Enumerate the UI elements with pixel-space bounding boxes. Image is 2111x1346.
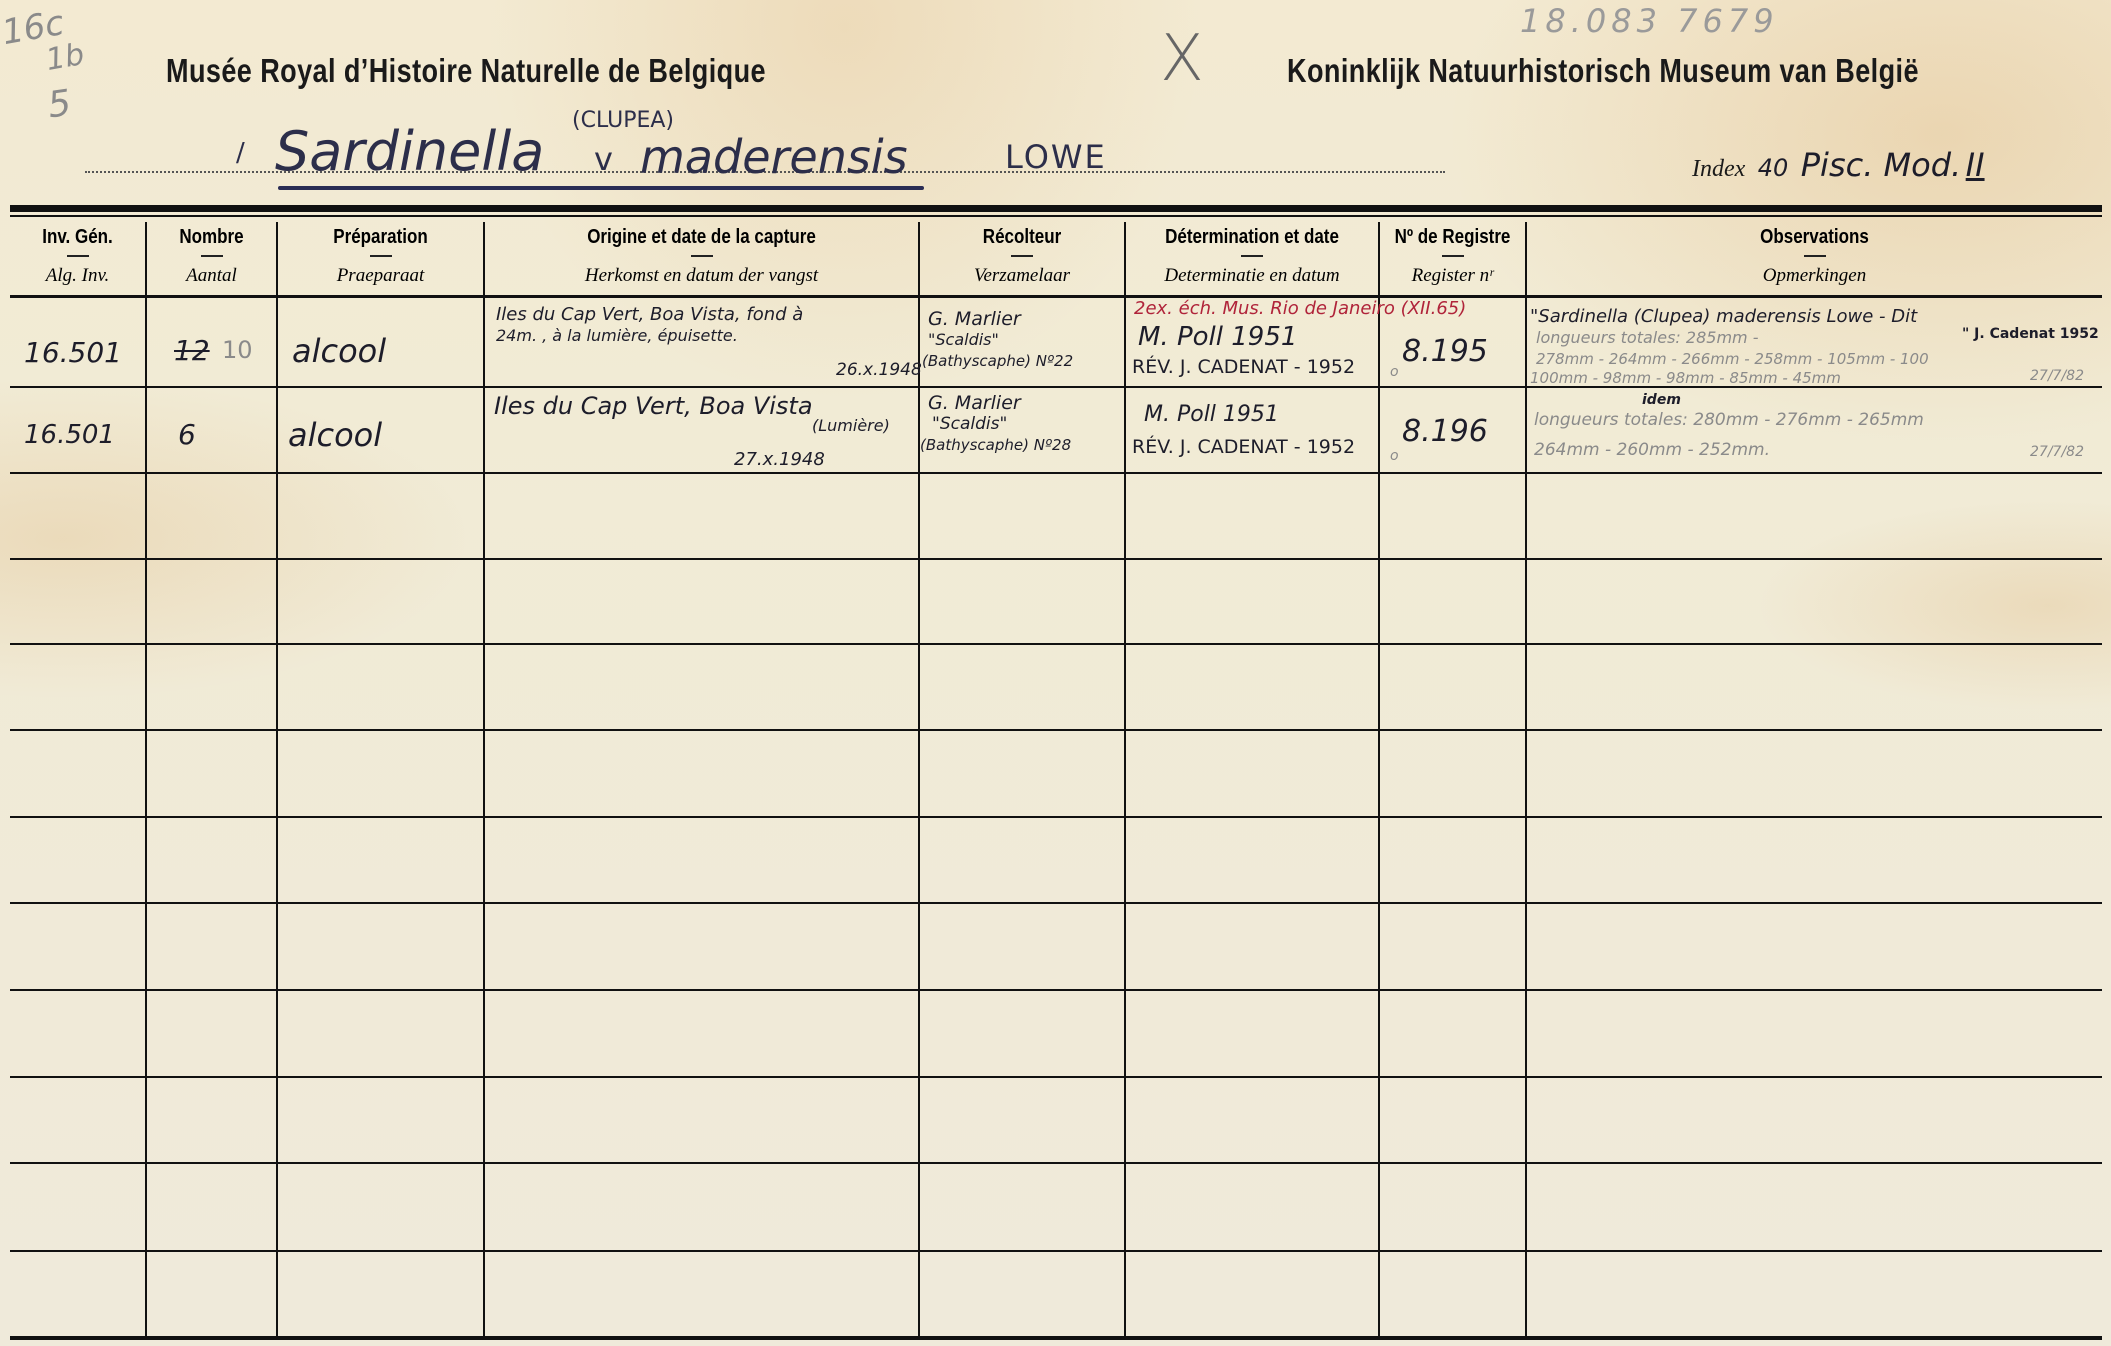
row2-origine-line2: (Lumière) — [812, 416, 890, 435]
species-author: LOWE — [1005, 138, 1107, 176]
row2-preparation: alcool — [288, 416, 382, 454]
row-rule — [10, 989, 2102, 991]
species-caret: v — [594, 140, 613, 178]
row1-observations-line2: longueurs totales: 285mm - — [1536, 328, 1758, 347]
index-value: Pisc. Mod. — [1801, 146, 1961, 184]
index-block: Index 40 Pisc. Mod. II — [1692, 146, 1985, 184]
row2-recolteur-line3: (Bathyscaphe) Nº28 — [920, 436, 1071, 454]
column-divider — [918, 222, 920, 1337]
cross-mark: X — [1160, 22, 1204, 96]
title-dutch: Koninklijk Natuurhistorisch Museum van B… — [1287, 52, 1919, 90]
row2-observations-idem: idem — [1642, 392, 1681, 408]
header-determination: Détermination et dateDeterminatie en dat… — [1126, 226, 1378, 287]
row1-recolteur-line1: G. Marlier — [928, 308, 1021, 330]
row1-recolteur-line3: (Bathyscaphe) Nº22 — [922, 352, 1073, 370]
row1-determination-line1: M. Poll 1951 — [1138, 322, 1297, 352]
header-origine: Origine et date de la captureHerkomst en… — [485, 226, 918, 287]
row1-determination-red-note: 2ex. éch. Mus. Rio de Janeiro (XII.65) — [1134, 298, 1466, 319]
title-french: Musée Royal d’Histoire Naturelle de Belg… — [166, 52, 766, 90]
margin-note-2: 1b — [43, 37, 87, 78]
row1-observations-line1: "Sardinella (Clupea) maderensis Lowe - D… — [1530, 306, 1917, 327]
row2-determination-line1: M. Poll 1951 — [1144, 402, 1279, 427]
row2-inv: 16.501 — [24, 420, 115, 450]
column-divider — [483, 222, 485, 1337]
stamp-number: 18.083 7679 — [1520, 2, 1779, 40]
row2-recolteur-line1: G. Marlier — [928, 392, 1021, 414]
index-number: 40 — [1758, 154, 1789, 182]
row2-determination-line2: RÉV. J. CADENAT - 1952 — [1132, 436, 1355, 458]
header-preparation: PréparationPraeparaat — [278, 226, 483, 287]
row1-registre: 8.195 — [1402, 334, 1488, 369]
table-top-thick-rule — [10, 205, 2102, 212]
row-rule — [10, 643, 2102, 645]
row-rule — [10, 1076, 2102, 1078]
header-bottom-rule — [10, 295, 2102, 298]
row2-observations-line1: longueurs totales: 280mm - 276mm - 265mm — [1534, 410, 1924, 430]
header-recolteur: RécolteurVerzamelaar — [920, 226, 1124, 287]
column-divider — [1525, 222, 1527, 1337]
species-underline — [278, 186, 924, 190]
table-top-thin-rule — [10, 215, 2102, 217]
row1-preparation: alcool — [292, 332, 386, 370]
row1-registre-mark: o — [1390, 364, 1399, 380]
row1-observations-line3: 278mm - 264mm - 266mm - 258mm - 105mm - … — [1536, 350, 1929, 368]
row2-registre: 8.196 — [1402, 414, 1488, 449]
row2-recolteur-line2: "Scaldis" — [932, 414, 1007, 434]
row2-date: 27.x.1948 — [734, 449, 825, 470]
row2-origine-line1: Iles du Cap Vert, Boa Vista — [494, 392, 813, 420]
index-label: Index — [1692, 156, 1745, 182]
column-divider — [145, 222, 147, 1337]
column-divider — [1124, 222, 1126, 1337]
row2-nombre: 6 — [178, 418, 196, 451]
index-roman: II — [1966, 146, 1985, 184]
header-inv: Inv. Gén.Alg. Inv. — [10, 226, 145, 287]
margin-note-3: 5 — [45, 83, 73, 127]
row1-date: 26.x.1948 — [836, 360, 922, 380]
header-nombre: NombreAantal — [147, 226, 276, 287]
row1-nombre-struck: 12 — [174, 334, 210, 367]
row1-observations-attribution: " J. Cadenat 1952 — [1962, 326, 2099, 342]
row-rule — [10, 902, 2102, 904]
row1-recolteur-line2: "Scaldis" — [928, 330, 999, 349]
row-rule — [10, 558, 2102, 560]
row-rule — [10, 729, 2102, 731]
row1-nombre: 10 — [222, 336, 253, 364]
row1-origine-line2: 24m. , à la lumière, épuisette. — [496, 326, 738, 345]
row1-determination-line2: RÉV. J. CADENAT - 1952 — [1132, 356, 1355, 378]
species-genus: Sardinella — [275, 120, 544, 183]
row2-observations-date: 27/7/82 — [2030, 444, 2084, 460]
specimen-index-card: 16c 1b 5 18.083 7679 X Musée Royal d’His… — [0, 0, 2111, 1346]
species-epithet: maderensis — [640, 130, 908, 184]
row2-registre-mark: o — [1390, 448, 1399, 464]
row1-inv: 16.501 — [24, 336, 122, 369]
row2-observations-line2: 264mm - 260mm - 252mm. — [1534, 440, 1770, 460]
header-registre: Nº de RegistreRegister nʳ — [1380, 226, 1525, 287]
row1-observations-date: 27/7/82 — [2030, 368, 2084, 384]
row-rule — [10, 1162, 2102, 1164]
row-rule — [10, 1250, 2102, 1252]
row1-origine-line1: Iles du Cap Vert, Boa Vista, fond à — [496, 304, 803, 325]
row-rule — [10, 816, 2102, 818]
table-bottom-rule — [10, 1336, 2102, 1340]
column-divider — [276, 222, 278, 1337]
column-divider — [1378, 222, 1380, 1337]
row1-observations-line4: 100mm - 98mm - 98mm - 85mm - 45mm — [1530, 369, 1841, 387]
species-tick: / — [236, 138, 245, 168]
header-observations: ObservationsOpmerkingen — [1527, 226, 2102, 287]
row-rule — [10, 472, 2102, 474]
